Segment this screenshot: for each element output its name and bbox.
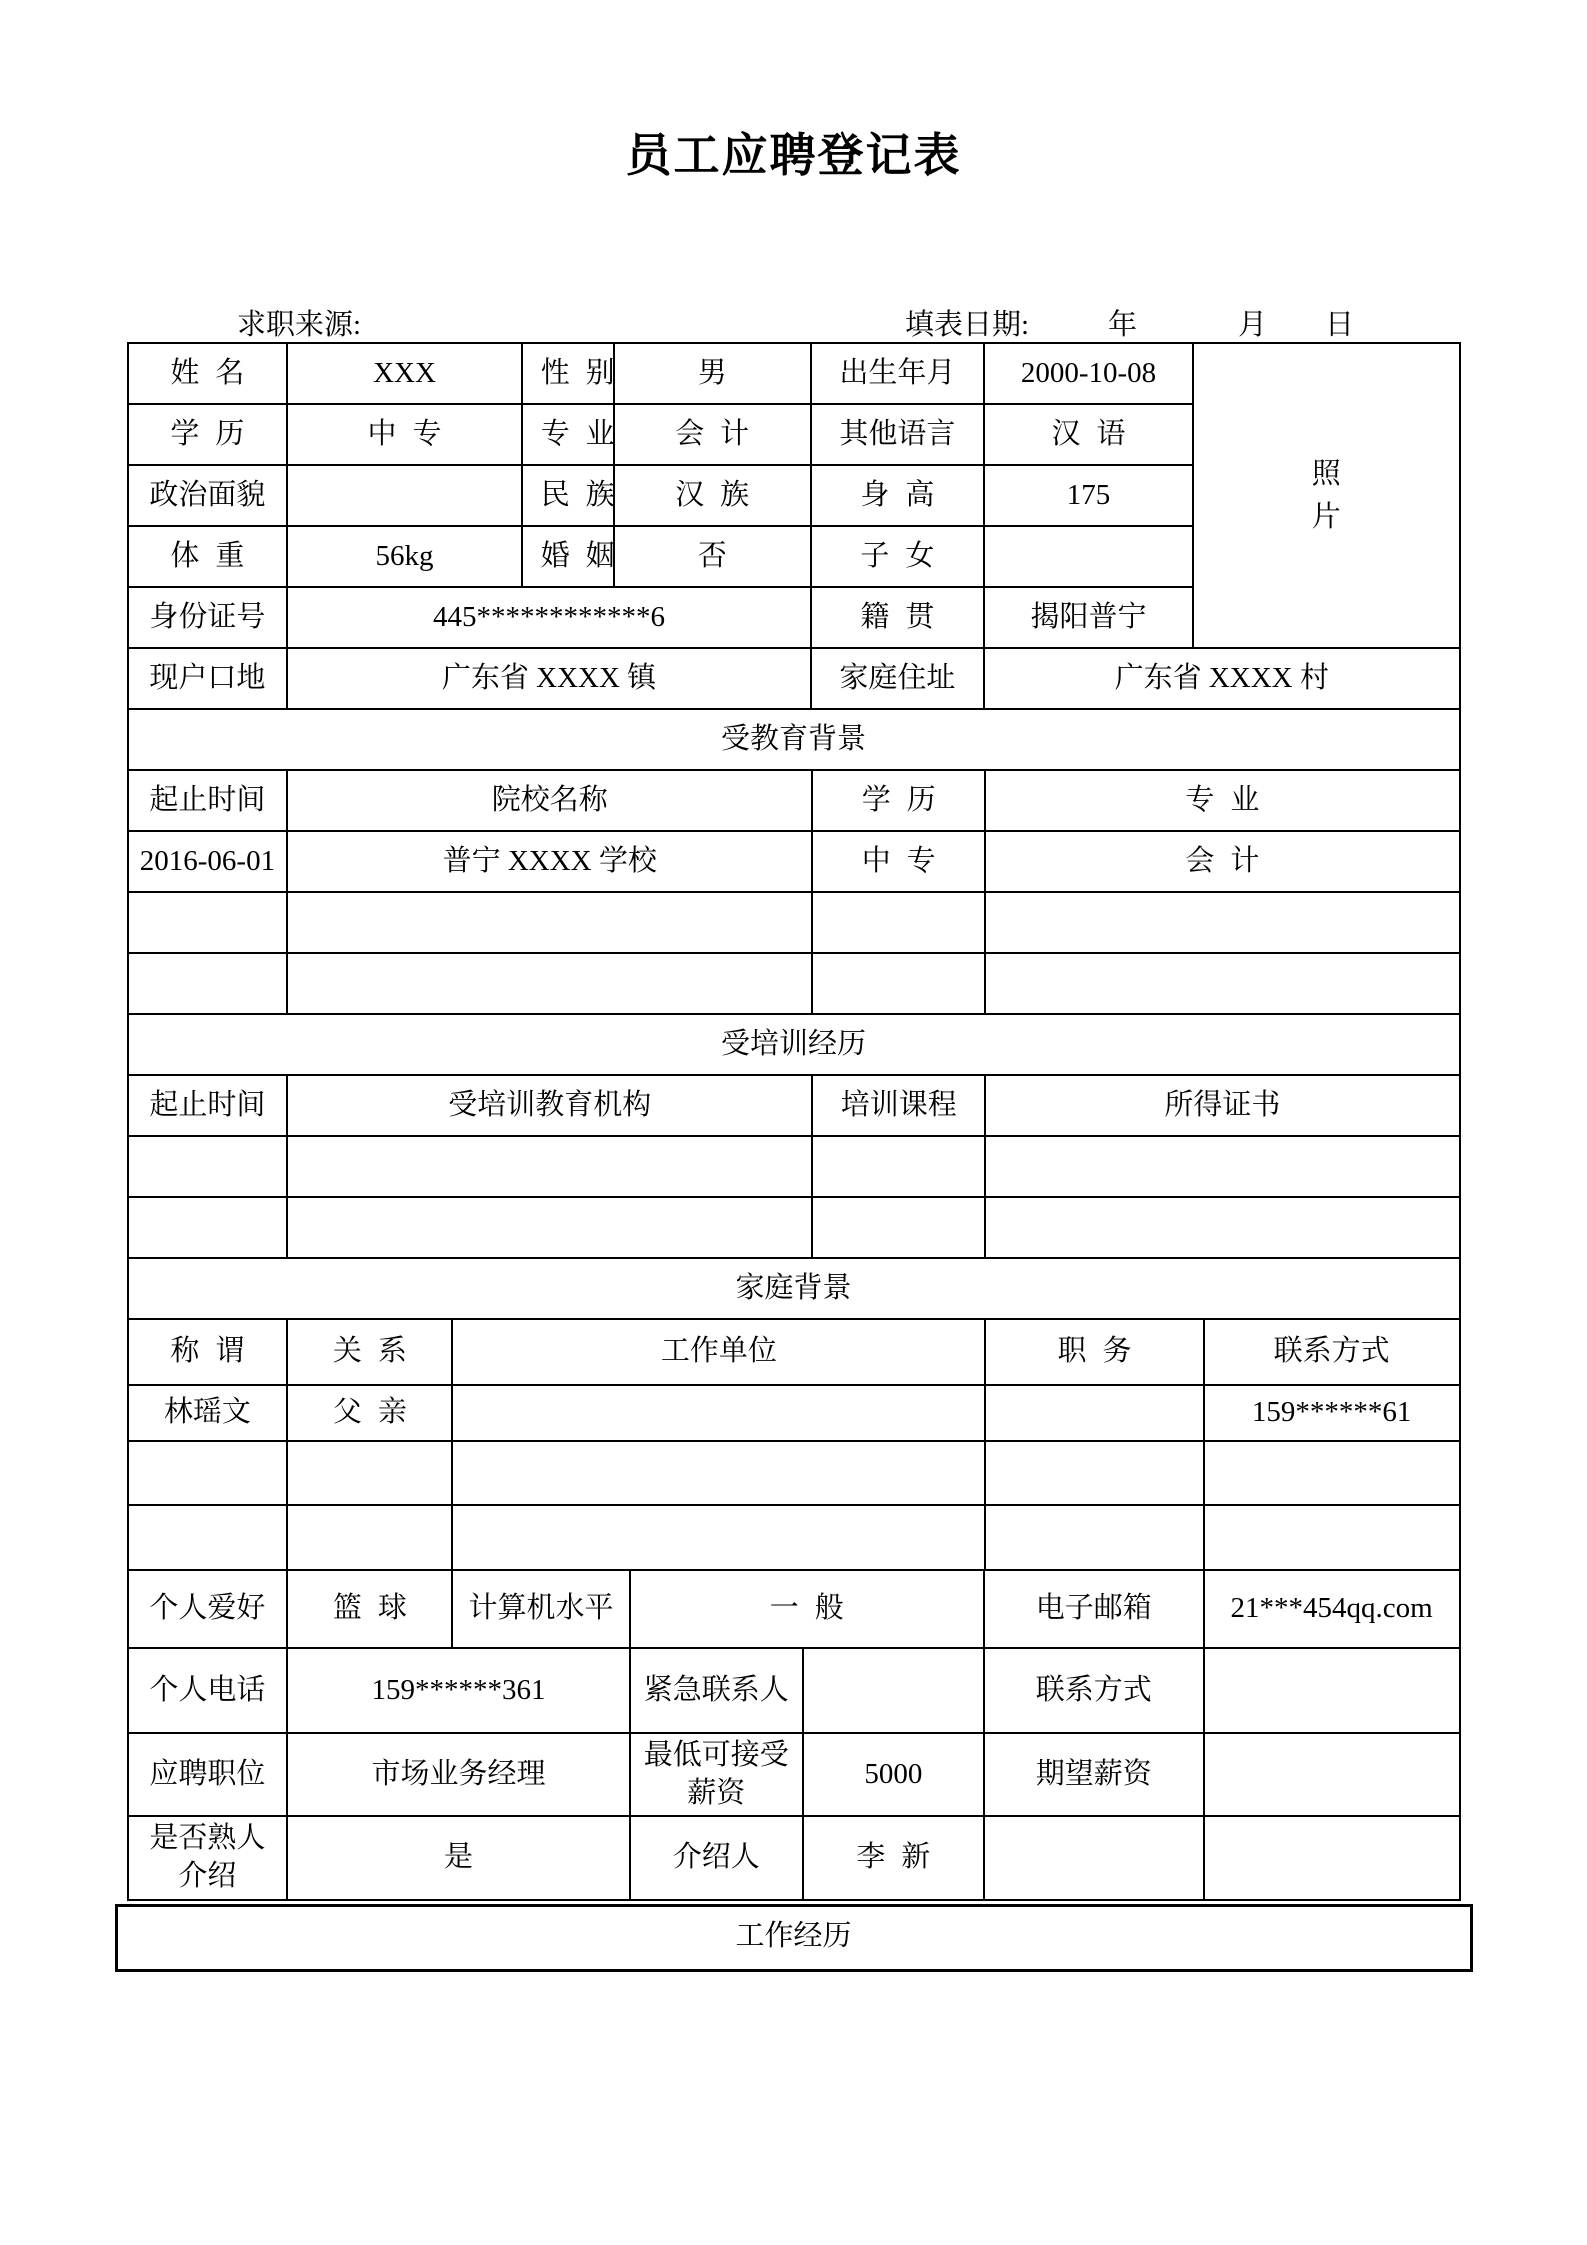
table-row: 应聘职位 市场业务经理 最低可接受 薪资 5000 期望薪资 xyxy=(128,1733,1460,1816)
form-meta-row: 求职来源: 填表日期: 年 月 日 xyxy=(0,302,1587,342)
family-relation-header: 关系 xyxy=(287,1319,452,1385)
edu-major-value[interactable]: 会计 xyxy=(985,831,1459,892)
home-address-value[interactable]: 广东省 XXXX 村 xyxy=(984,648,1460,709)
family-contact-value[interactable] xyxy=(1204,1505,1460,1570)
marriage-value[interactable]: 否 xyxy=(614,526,811,587)
edu-degree-header: 学历 xyxy=(812,770,985,831)
edu-major-value[interactable] xyxy=(985,892,1459,953)
training-course-value[interactable] xyxy=(812,1136,985,1197)
family-contact-value[interactable] xyxy=(1204,1441,1460,1505)
table-row: 是否熟人 介绍 是 介绍人 李新 xyxy=(128,1816,1460,1900)
children-label: 子女 xyxy=(811,526,984,587)
expected-salary-label: 期望薪资 xyxy=(984,1733,1204,1816)
other-language-value[interactable]: 汉语 xyxy=(984,404,1193,465)
major-label: 专业 xyxy=(522,404,614,465)
table-row xyxy=(128,1136,1460,1197)
marriage-label: 婚姻 xyxy=(522,526,614,587)
table-row: 现户口地 广东省 XXXX 镇 家庭住址 广东省 XXXX 村 xyxy=(128,648,1460,709)
min-salary-label: 最低可接受 薪资 xyxy=(630,1733,803,1816)
family-table: 家庭背景 称谓 关系 工作单位 职务 联系方式 林瑶文 父亲 159******… xyxy=(127,1257,1461,1571)
applied-position-label: 应聘职位 xyxy=(128,1733,288,1816)
residence-value[interactable]: 广东省 XXXX 镇 xyxy=(287,648,810,709)
id-number-value[interactable]: 445************6 xyxy=(287,587,810,648)
table-row: 称谓 关系 工作单位 职务 联系方式 xyxy=(128,1319,1460,1385)
referral-label: 是否熟人 介绍 xyxy=(128,1816,288,1900)
family-title-value[interactable] xyxy=(128,1505,288,1570)
family-relation-value[interactable]: 父亲 xyxy=(287,1385,452,1441)
contact-method-label: 联系方式 xyxy=(984,1648,1204,1733)
training-course-value[interactable] xyxy=(812,1197,985,1258)
political-status-value[interactable] xyxy=(287,465,521,526)
birth-label: 出生年月 xyxy=(811,343,984,404)
family-employer-value[interactable] xyxy=(452,1505,985,1570)
family-relation-value[interactable] xyxy=(287,1505,452,1570)
photo-placeholder[interactable]: 照 片 xyxy=(1193,343,1459,648)
family-employer-header: 工作单位 xyxy=(452,1319,985,1385)
work-experience-section: 工作经历 xyxy=(115,1904,1473,1972)
edu-major-header: 专业 xyxy=(985,770,1459,831)
job-source-label: 求职来源: xyxy=(237,302,361,343)
referral-value[interactable]: 是 xyxy=(287,1816,629,1900)
native-place-value[interactable]: 揭阳普宁 xyxy=(984,587,1193,648)
hobby-value[interactable]: 篮球 xyxy=(287,1570,452,1648)
personal-phone-value[interactable]: 159******361 xyxy=(287,1648,629,1733)
work-experience-title: 工作经历 xyxy=(735,1920,851,1952)
family-position-value[interactable] xyxy=(985,1385,1203,1441)
training-section-title: 受培训经历 xyxy=(128,1014,1460,1075)
family-employer-value[interactable] xyxy=(452,1385,985,1441)
birth-value[interactable]: 2000-10-08 xyxy=(984,343,1193,404)
residence-label: 现户口地 xyxy=(128,648,288,709)
id-number-label: 身份证号 xyxy=(128,587,288,648)
edu-degree-value[interactable]: 中专 xyxy=(812,831,985,892)
name-label: 姓名 xyxy=(128,343,288,404)
day-label: 日 xyxy=(1325,302,1354,343)
table-row: 家庭背景 xyxy=(128,1258,1460,1319)
blank-cell[interactable] xyxy=(1204,1816,1460,1900)
gender-label: 性别 xyxy=(522,343,614,404)
family-employer-value[interactable] xyxy=(452,1441,985,1505)
family-position-value[interactable] xyxy=(985,1441,1203,1505)
other-language-label: 其他语言 xyxy=(811,404,984,465)
min-salary-label-line2: 薪资 xyxy=(633,1775,800,1813)
table-row: 个人爱好 篮球 计算机水平 一般 电子邮箱 21***454qq.com xyxy=(128,1570,1460,1648)
min-salary-value[interactable]: 5000 xyxy=(803,1733,984,1816)
family-position-value[interactable] xyxy=(985,1505,1203,1570)
fill-date-label: 填表日期: xyxy=(905,302,1029,343)
table-row xyxy=(128,1505,1460,1570)
application-details-table: 个人爱好 篮球 计算机水平 一般 电子邮箱 21***454qq.com 个人电… xyxy=(127,1569,1461,1901)
training-cert-value[interactable] xyxy=(985,1197,1459,1258)
training-org-header: 受培训教育机构 xyxy=(287,1075,812,1136)
family-contact-value[interactable]: 159******61 xyxy=(1204,1385,1460,1441)
hobby-label: 个人爱好 xyxy=(128,1570,288,1648)
weight-label: 体重 xyxy=(128,526,288,587)
weight-value[interactable]: 56kg xyxy=(287,526,521,587)
major-value[interactable]: 会计 xyxy=(614,404,811,465)
political-status-label: 政治面貌 xyxy=(128,465,288,526)
family-relation-value[interactable] xyxy=(287,1441,452,1505)
table-row xyxy=(128,1441,1460,1505)
edu-period-value[interactable]: 2016-06-01 xyxy=(128,831,288,892)
table-row: 起止时间 院校名称 学历 专业 xyxy=(128,770,1460,831)
email-label: 电子邮箱 xyxy=(984,1570,1204,1648)
referrer-value[interactable]: 李新 xyxy=(803,1816,984,1900)
blank-cell[interactable] xyxy=(984,1816,1204,1900)
emergency-contact-value[interactable] xyxy=(803,1648,984,1733)
children-value[interactable] xyxy=(984,526,1193,587)
edu-major-value[interactable] xyxy=(985,953,1459,1014)
edu-period-value[interactable] xyxy=(128,892,288,953)
ethnicity-label: 民族 xyxy=(522,465,614,526)
photo-label-line2: 片 xyxy=(1196,496,1456,538)
training-period-value[interactable] xyxy=(128,1136,288,1197)
ethnicity-value[interactable]: 汉族 xyxy=(614,465,811,526)
table-row: 个人电话 159******361 紧急联系人 联系方式 xyxy=(128,1648,1460,1733)
education-label: 学历 xyxy=(128,404,288,465)
edu-school-value[interactable]: 普宁 XXXX 学校 xyxy=(287,831,812,892)
edu-school-header: 院校名称 xyxy=(287,770,812,831)
table-row: 姓名 XXX 性别 男 出生年月 2000-10-08 照 片 xyxy=(128,343,1460,404)
table-row: 受培训经历 xyxy=(128,1014,1460,1075)
family-position-header: 职务 xyxy=(985,1319,1203,1385)
gender-value[interactable]: 男 xyxy=(614,343,811,404)
training-cert-value[interactable] xyxy=(985,1136,1459,1197)
emergency-contact-label: 紧急联系人 xyxy=(630,1648,803,1733)
personal-info-table: 姓名 XXX 性别 男 出生年月 2000-10-08 照 片 学历 中专 专业… xyxy=(127,342,1461,710)
edu-degree-value[interactable] xyxy=(812,953,985,1014)
family-title-value[interactable]: 林瑶文 xyxy=(128,1385,288,1441)
education-value[interactable]: 中专 xyxy=(287,404,521,465)
computer-skill-label: 计算机水平 xyxy=(452,1570,629,1648)
table-row: 起止时间 受培训教育机构 培训课程 所得证书 xyxy=(128,1075,1460,1136)
photo-label-line1: 照 xyxy=(1196,453,1456,495)
edu-period-header: 起止时间 xyxy=(128,770,288,831)
page-title: 员工应聘登记表 xyxy=(0,0,1587,184)
name-value[interactable]: XXX xyxy=(287,343,521,404)
height-label: 身高 xyxy=(811,465,984,526)
table-row: 林瑶文 父亲 159******61 xyxy=(128,1385,1460,1441)
edu-school-value[interactable] xyxy=(287,892,812,953)
education-section-title: 受教育背景 xyxy=(128,709,1460,770)
table-row: 2016-06-01 普宁 XXXX 学校 中专 会计 xyxy=(128,831,1460,892)
personal-phone-label: 个人电话 xyxy=(128,1648,288,1733)
email-value[interactable]: 21***454qq.com xyxy=(1204,1570,1460,1648)
family-contact-header: 联系方式 xyxy=(1204,1319,1460,1385)
table-row: 受教育背景 xyxy=(128,709,1460,770)
family-title-header: 称谓 xyxy=(128,1319,288,1385)
training-table: 受培训经历 起止时间 受培训教育机构 培训课程 所得证书 xyxy=(127,1013,1461,1259)
table-row xyxy=(128,892,1460,953)
training-cert-header: 所得证书 xyxy=(985,1075,1459,1136)
month-label: 月 xyxy=(1238,302,1267,343)
family-section-title: 家庭背景 xyxy=(128,1258,1460,1319)
contact-method-value[interactable] xyxy=(1204,1648,1460,1733)
referral-label-line1: 是否熟人 xyxy=(131,1820,285,1858)
edu-period-value[interactable] xyxy=(128,953,288,1014)
expected-salary-value[interactable] xyxy=(1204,1733,1460,1816)
table-row xyxy=(128,1197,1460,1258)
height-value[interactable]: 175 xyxy=(984,465,1193,526)
min-salary-label-line1: 最低可接受 xyxy=(633,1737,800,1775)
training-period-header: 起止时间 xyxy=(128,1075,288,1136)
form-page: 员工应聘登记表 求职来源: 填表日期: 年 月 日 姓名 XXX 性别 男 出生… xyxy=(0,0,1587,2245)
applied-position-value[interactable]: 市场业务经理 xyxy=(287,1733,629,1816)
training-org-value[interactable] xyxy=(287,1197,812,1258)
training-period-value[interactable] xyxy=(128,1197,288,1258)
native-place-label: 籍贯 xyxy=(811,587,984,648)
year-label: 年 xyxy=(1108,302,1137,343)
edu-school-value[interactable] xyxy=(287,953,812,1014)
referrer-label: 介绍人 xyxy=(630,1816,803,1900)
home-address-label: 家庭住址 xyxy=(811,648,984,709)
table-row xyxy=(128,953,1460,1014)
family-title-value[interactable] xyxy=(128,1441,288,1505)
edu-degree-value[interactable] xyxy=(812,892,985,953)
referral-label-line2: 介绍 xyxy=(131,1858,285,1896)
training-org-value[interactable] xyxy=(287,1136,812,1197)
computer-skill-value[interactable]: 一般 xyxy=(630,1570,984,1648)
training-course-header: 培训课程 xyxy=(812,1075,985,1136)
education-table: 受教育背景 起止时间 院校名称 学历 专业 2016-06-01 普宁 XXXX… xyxy=(127,708,1461,1015)
